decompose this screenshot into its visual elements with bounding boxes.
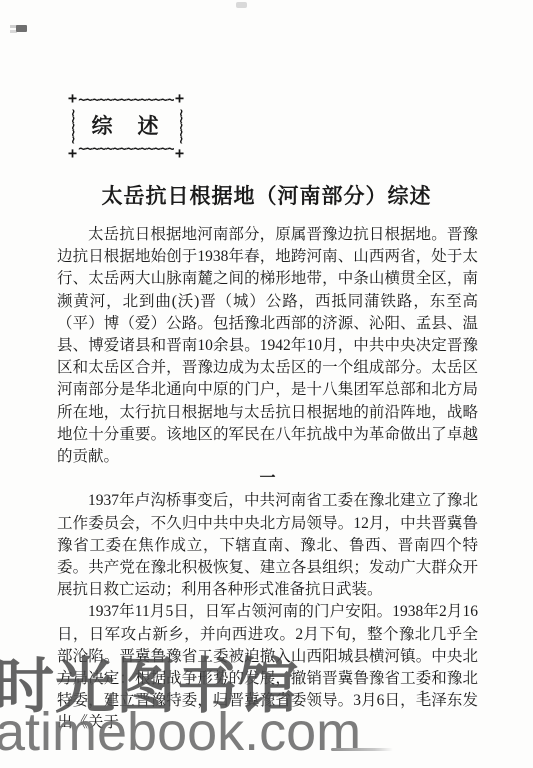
- paragraph: 太岳抗日根据地河南部分，原属晋豫边抗日根据地。晋豫边抗日根据地始创于1938年春…: [57, 224, 478, 468]
- section-label: 综 述: [72, 109, 180, 139]
- ornamental-corner-icon: +: [68, 93, 77, 103]
- scanned-book-page: ~~~~~~~~~~~~~~ ~~~~~~~~~~~~~~ ~~~~~ ~~~~…: [0, 0, 533, 768]
- section-divider: 一: [57, 468, 478, 490]
- ornamental-border-bottom-icon: ~~~~~~~~~~~~~~: [78, 145, 174, 155]
- ornamental-border-top-icon: ~~~~~~~~~~~~~~: [78, 96, 174, 106]
- paragraph: 1937年卢沟桥事变后，中共河南省工委在豫北建立了豫北工作委员会，不久归中共中央…: [57, 490, 478, 601]
- ornamental-corner-icon: +: [68, 148, 77, 158]
- scan-artifact: [236, 2, 247, 8]
- watermark-url: atimebook.com: [0, 701, 361, 763]
- scan-artifact: [16, 25, 27, 32]
- page-number: 1: [419, 688, 426, 705]
- page-title: 太岳抗日根据地（河南部分）综述: [0, 180, 533, 210]
- section-header-box: ~~~~~~~~~~~~~~ ~~~~~~~~~~~~~~ ~~~~~ ~~~~…: [72, 101, 180, 150]
- scan-artifact: [331, 748, 393, 751]
- ornamental-corner-icon: +: [175, 93, 184, 103]
- ornamental-corner-icon: +: [175, 148, 184, 158]
